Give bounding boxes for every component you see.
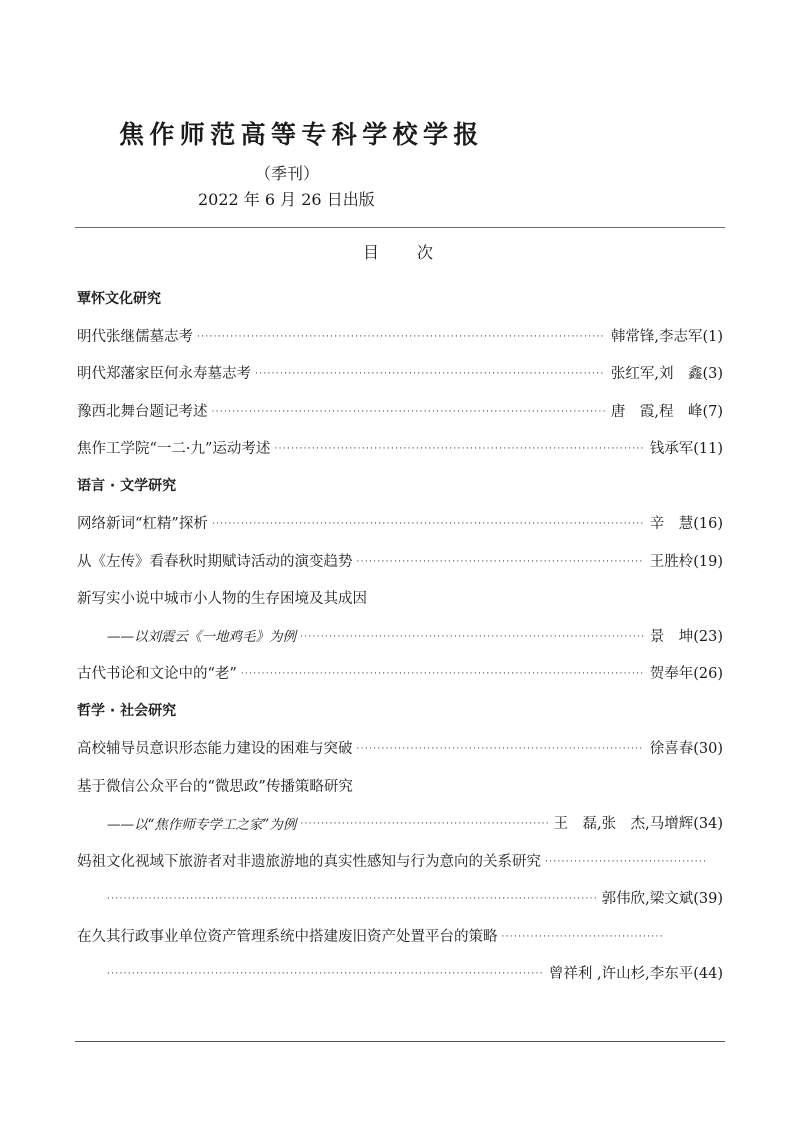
entry-page: (34) <box>693 816 723 832</box>
dot-leader <box>300 629 644 642</box>
entry-title: 明代张继儒墓志考 <box>77 325 197 346</box>
dot-leader <box>545 854 705 867</box>
entry-authors: 贺奉年(26) <box>644 662 723 683</box>
toc-entry[interactable]: 明代郑藩家臣何永寿墓志考 张红军,刘 鑫(3) <box>77 354 723 392</box>
dot-leader <box>107 891 596 904</box>
toc-entry-subtitle-line[interactable]: ——以“焦作师专学工之家”为例 王 磊,张 杰,马增辉(34) <box>77 804 723 842</box>
toc-entry-title-line[interactable]: 在久其行政事业单位资产管理系统中搭建废旧资产处置平台的策略 <box>77 917 723 955</box>
toc-entry[interactable]: 高校辅导员意识形态能力建设的困难与突破 徐喜春(30) <box>77 729 723 767</box>
entry-title: 妈祖文化视域下旅游者对非遗旅游地的真实性感知与行为意向的关系研究 <box>77 850 545 871</box>
entry-title: 基于微信公众平台的“微思政”传播策略研究 <box>77 775 357 796</box>
entry-page: (1) <box>702 329 723 345</box>
entry-title: 从《左传》看春秋时期赋诗活动的演变趋势 <box>77 550 357 571</box>
entry-title: 豫西北舞台题记考述 <box>77 400 212 421</box>
dot-leader <box>357 741 644 754</box>
entry-authors: 徐喜春(30) <box>644 737 723 758</box>
entry-subtitle: ——以“焦作师专学工之家”为例 <box>107 813 300 833</box>
entry-authors: 钱承军(11) <box>644 437 723 458</box>
dot-leader <box>197 329 605 342</box>
entry-authors: 曾祥利 ,许山杉,李东平(44) <box>543 962 723 983</box>
dot-leader <box>255 366 605 379</box>
dot-leader <box>212 516 644 529</box>
toc-entry[interactable]: 焦作工学院“一二·九”运动考述 钱承军(11) <box>77 429 723 467</box>
toc-entry-continuation-line[interactable]: 曾祥利 ,许山杉,李东平(44) <box>77 954 723 992</box>
entry-page: (26) <box>693 666 723 682</box>
entry-page: (39) <box>693 891 723 907</box>
entry-authors: 郭伟欣,梁文斌(39) <box>596 887 723 908</box>
entry-page: (44) <box>693 966 723 982</box>
dot-leader <box>357 554 644 567</box>
entry-authors: 王 磊,张 杰,马增辉(34) <box>548 812 723 833</box>
toc-entry[interactable]: 古代书论和文论中的“老” 贺奉年(26) <box>77 654 723 692</box>
dot-leader <box>300 816 547 829</box>
entry-title: 高校辅导员意识形态能力建设的困难与突破 <box>77 737 357 758</box>
dot-leader <box>241 666 644 679</box>
section-heading: 覃怀文化研究 <box>77 279 723 317</box>
entry-page: (7) <box>702 404 723 420</box>
entry-authors: 张红军,刘 鑫(3) <box>605 362 723 383</box>
entry-title: 焦作工学院“一二·九”运动考述 <box>77 437 274 458</box>
toc-heading-right: 次 <box>417 241 433 265</box>
entry-authors: 景 坤(23) <box>644 625 723 646</box>
entry-title: 古代书论和文论中的“老” <box>77 662 241 683</box>
toc-entry-title-line[interactable]: 基于微信公众平台的“微思政”传播策略研究 <box>77 767 723 805</box>
top-divider <box>75 227 725 228</box>
dot-leader <box>274 441 643 454</box>
entry-authors: 辛 慧(16) <box>644 512 723 533</box>
dot-leader <box>107 966 543 979</box>
publication-date: 2022 年 6 月 26 日出版 <box>198 188 375 212</box>
entry-page: (16) <box>693 516 723 532</box>
dot-leader <box>212 404 605 417</box>
entry-title: 新写实小说中城市小人物的生存困境及其成因 <box>77 587 371 608</box>
entry-authors: 唐 霞,程 峰(7) <box>605 400 723 421</box>
entry-page: (11) <box>693 441 723 457</box>
entry-authors: 韩常锋,李志军(1) <box>605 325 723 346</box>
section-heading: 语言 · 文学研究 <box>77 467 723 505</box>
toc-heading: 目次 <box>363 241 433 265</box>
entry-page: (30) <box>693 741 723 757</box>
dot-leader <box>502 929 662 942</box>
periodicity-label: （季刊） <box>255 163 319 185</box>
bottom-divider <box>75 1041 725 1042</box>
entry-title: 明代郑藩家臣何永寿墓志考 <box>77 362 255 383</box>
toc-entry[interactable]: 网络新词“杠精”探析 辛 慧(16) <box>77 504 723 542</box>
toc-entry-continuation-line[interactable]: 郭伟欣,梁文斌(39) <box>77 879 723 917</box>
journal-title: 焦作师范高等专科学校学报 <box>119 120 484 150</box>
toc-entry[interactable]: 从《左传》看春秋时期赋诗活动的演变趋势 王胜柃(19) <box>77 542 723 580</box>
entry-title: 在久其行政事业单位资产管理系统中搭建废旧资产处置平台的策略 <box>77 925 502 946</box>
toc-entry-subtitle-line[interactable]: ——以刘震云《一地鸡毛》为例 景 坤(23) <box>77 617 723 655</box>
entry-page: (19) <box>693 554 723 570</box>
toc-entry-title-line[interactable]: 妈祖文化视域下旅游者对非遗旅游地的真实性感知与行为意向的关系研究 <box>77 842 723 880</box>
table-of-contents: 覃怀文化研究 明代张继儒墓志考 韩常锋,李志军(1) 明代郑藩家臣何永寿墓志考 … <box>77 279 723 992</box>
entry-title: 网络新词“杠精”探析 <box>77 512 212 533</box>
toc-entry-title-line[interactable]: 新写实小说中城市小人物的生存困境及其成因 <box>77 579 723 617</box>
entry-page: (23) <box>693 629 723 645</box>
toc-heading-left: 目 <box>363 241 379 265</box>
entry-subtitle: ——以刘震云《一地鸡毛》为例 <box>107 625 300 645</box>
toc-entry[interactable]: 豫西北舞台题记考述 唐 霞,程 峰(7) <box>77 392 723 430</box>
entry-page: (3) <box>702 366 723 382</box>
entry-authors: 王胜柃(19) <box>644 550 723 571</box>
toc-entry[interactable]: 明代张继儒墓志考 韩常锋,李志军(1) <box>77 317 723 355</box>
section-heading: 哲学 · 社会研究 <box>77 692 723 730</box>
